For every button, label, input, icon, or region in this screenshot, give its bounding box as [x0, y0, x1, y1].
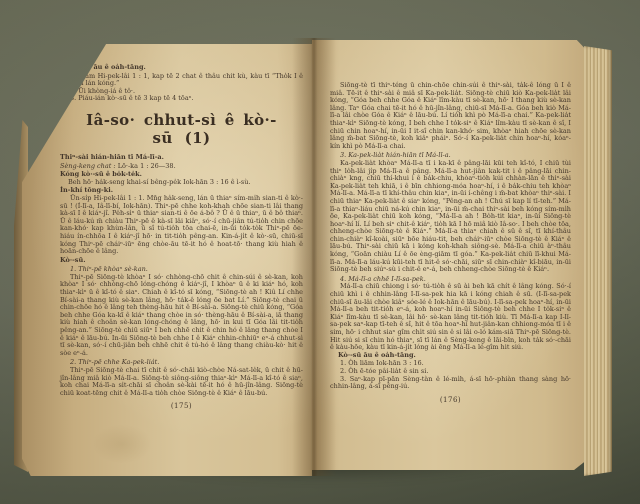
- section-4-paragraph: Má-lī-a chiū chiong i só· tú-tio̍h ê sū …: [330, 283, 571, 351]
- lesson-title-text: Iâ-so· chhut-sì ê kò·-sū: [86, 111, 277, 147]
- left-page: Kò·-sū āu ê oa̍h-tāng. 1. Liām Hi-pek-lâ…: [22, 44, 312, 476]
- right-page: Siōng-tè tī thiⁿ-téng ū chin-chōe chin-s…: [312, 40, 585, 470]
- section-3-paragraph: Ka-pek-lia̍t khòaⁿ Má-lī-a tī i ka-kī ê …: [330, 160, 571, 274]
- section-2-paragraph: Thiⁿ-pē Siōng-tè chai tī chit ê só·-chāi…: [60, 367, 303, 397]
- left-page-number: (175): [60, 403, 303, 411]
- activity-item: 3. Piáu-ián kò·-sū ê tē 3 kap tē 4 tōaⁿ.: [60, 95, 303, 103]
- book-fore-edge: [584, 46, 612, 476]
- lesson-subtitle: Thiⁿ-sài hián-hiān tī Má-lī-a.: [60, 154, 303, 162]
- book-photo-scene: Kò·-sū āu ê oa̍h-tāng. 1. Liām Hi-pek-lâ…: [0, 0, 640, 504]
- paper-stain: [92, 424, 152, 464]
- motive-paragraph: Ūn-si̍p Hi-pek-lâi 1 : 1. Mn̄g ha̍k-seng…: [60, 195, 303, 256]
- story-heading: Kò·-sū.: [60, 257, 303, 265]
- activity-item: 3. Saⁿ-kap pī-pān Sèng-tàn ê lé-mi̍h, á-…: [330, 376, 571, 391]
- activity-item: 1. Liām Hi-pek-lâi 1 : 1, kap tē 2 chat …: [60, 73, 303, 88]
- scripture-ref: Lō·-ka 1 : 26—38.: [116, 162, 176, 170]
- left-page-text-block: Kò·-sū āu ê oa̍h-tāng. 1. Liām Hi-pek-lâ…: [60, 64, 303, 411]
- lesson-number: (1): [185, 129, 211, 147]
- right-page-text-block: Siōng-tè tī thiⁿ-téng ū chin-chōe chin-s…: [330, 82, 571, 404]
- lesson-title: Iâ-so· chhut-sì ê kò·-sū(1): [60, 111, 303, 147]
- opening-paragraph: Siōng-tè tī thiⁿ-téng ū chin-chōe chin-s…: [330, 82, 571, 150]
- scripture-label: Sèng-keng chat :: [60, 162, 116, 170]
- section-1-paragraph: Thiⁿ-pē Siōng-tè khòaⁿ I só· chhòng-chō …: [60, 274, 303, 358]
- activities-heading: Kò·-sū āu ê oa̍h-tāng.: [68, 64, 303, 72]
- right-page-number: (176): [330, 397, 571, 405]
